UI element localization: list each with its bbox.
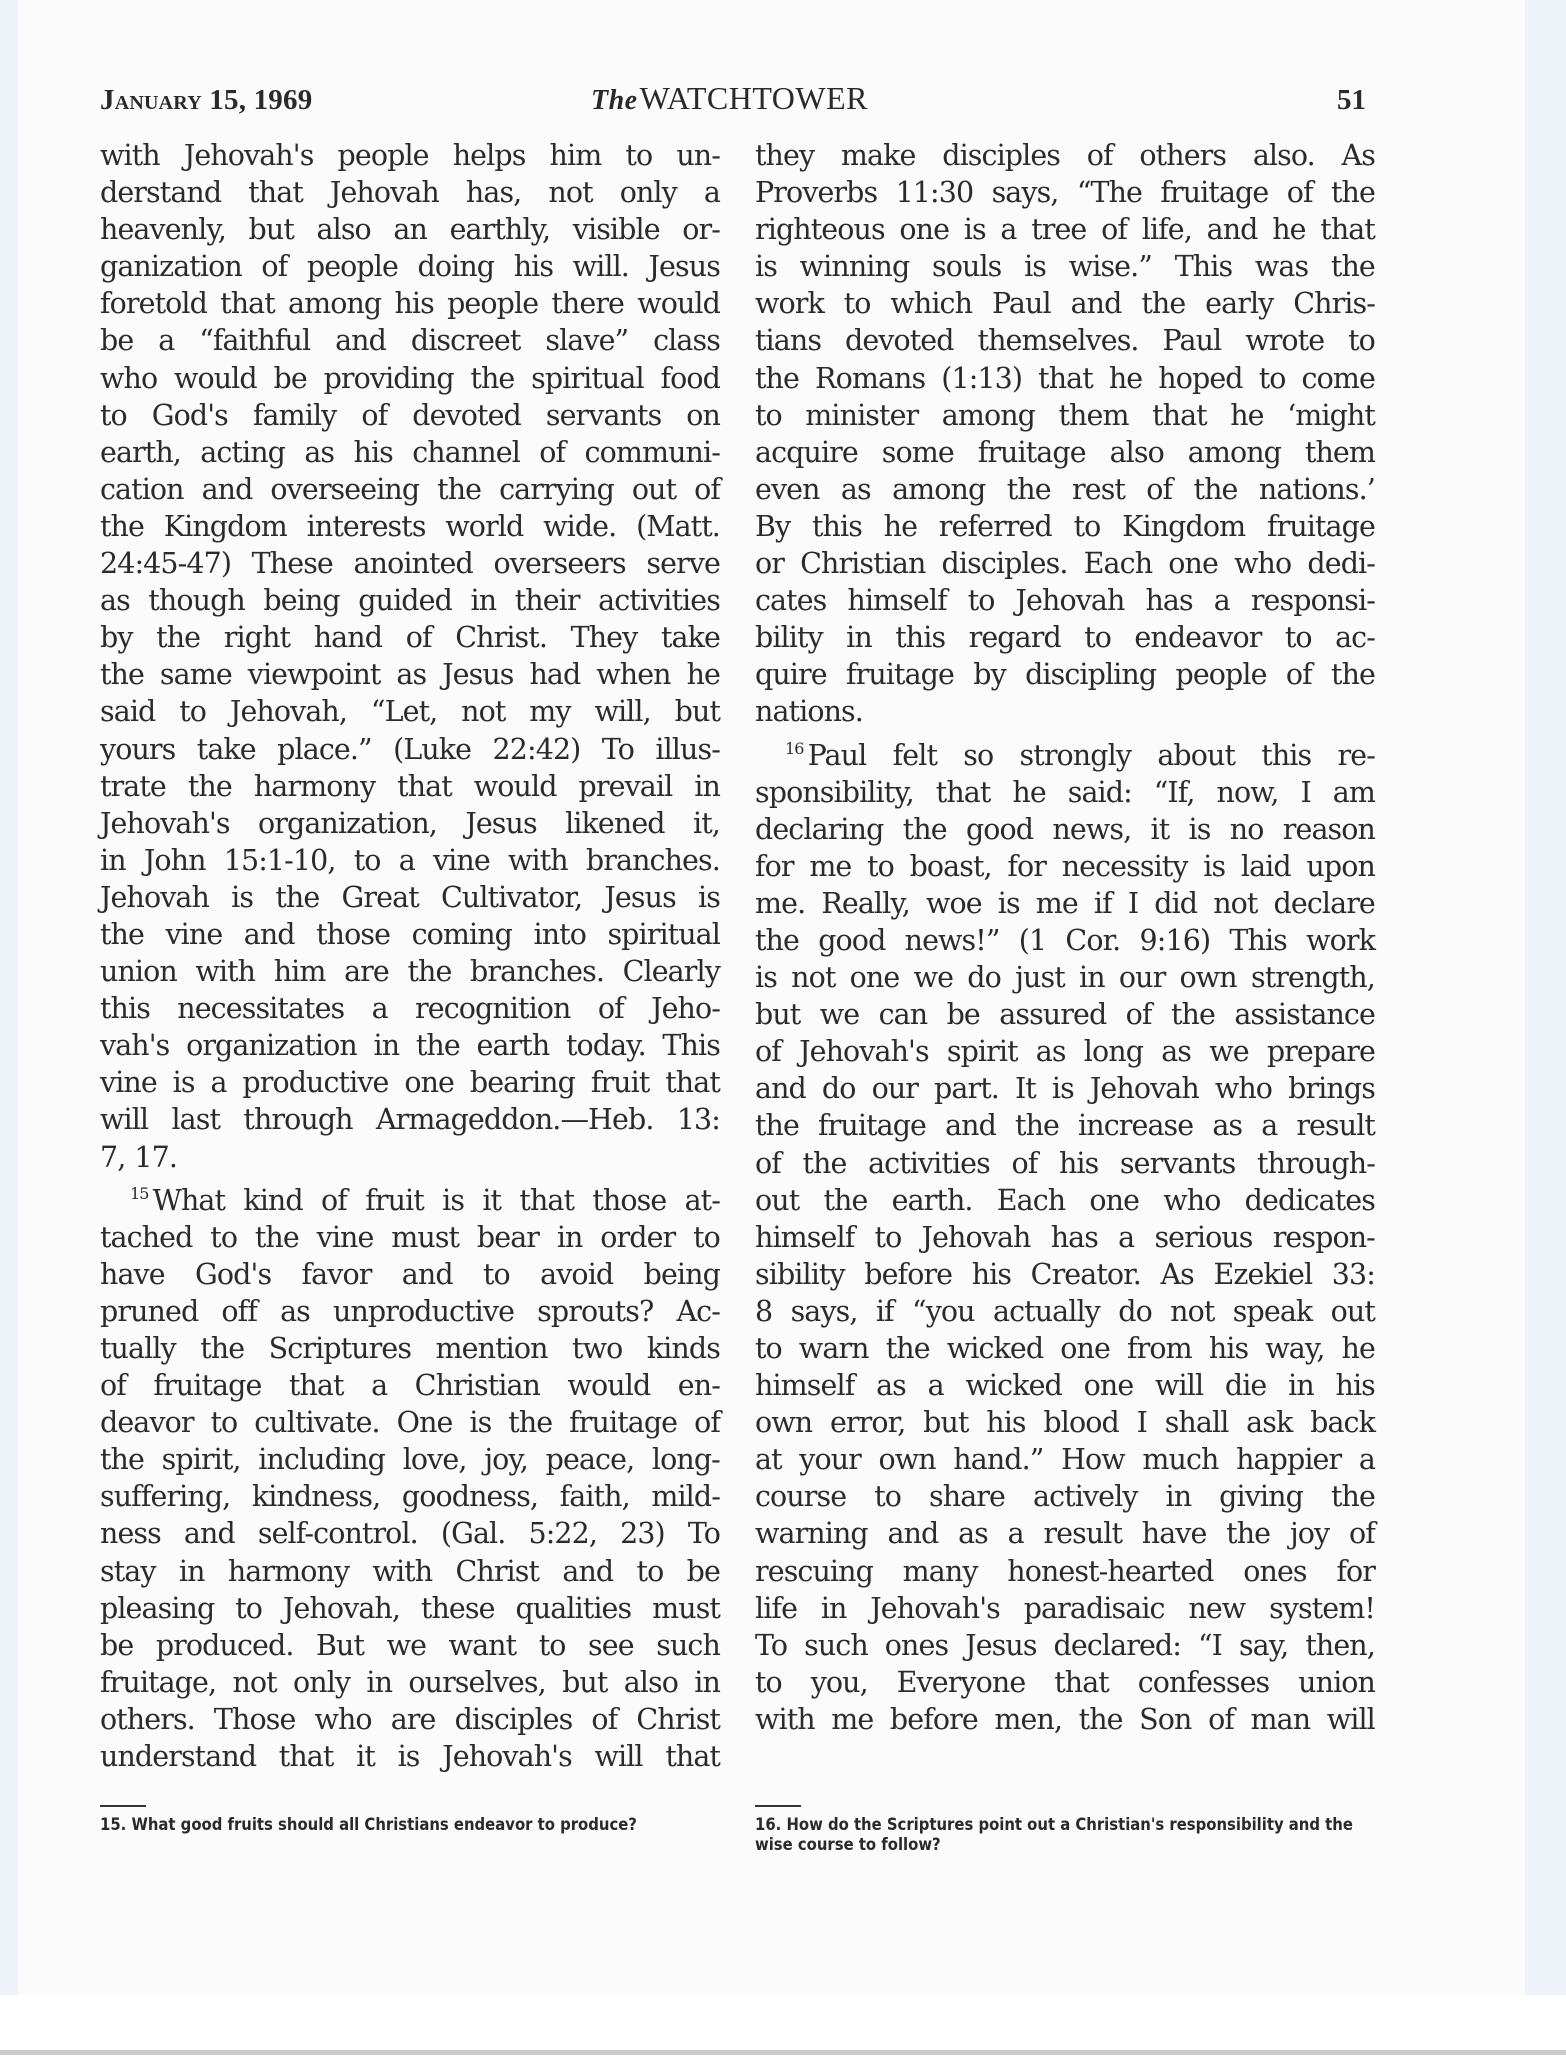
text-line: cateshimselftoJehovahhasaresponsi- [755,582,1375,619]
text-line: 24:45-47)Theseanointedoverseersserve [100,545,720,582]
text-line: yourstakeplace.”(Luke22:42)Toillus- [100,731,720,768]
text-line: atyourownhand.”Howmuchhappiera [755,1441,1375,1478]
text-line: unionwithhimarethebranches.Clearly [100,953,720,990]
text-line: theymakedisciplesofothersalso.As [755,137,1375,174]
text-line: beproduced.Butwewanttoseesuch [100,1627,720,1664]
text-line: withmebeforemen,theSonofmanwill [755,1701,1375,1738]
scan-bottom-edge [0,2050,1566,2055]
footnote-question-15: 15. What good fruits should all Christia… [100,1815,730,1835]
text-line: outtheearth.Eachonewhodedicates [755,1182,1375,1219]
magazine-title-name: WATCHTOWER [640,80,868,116]
text-line: toGod'sfamilyofdevotedservantson [100,397,720,434]
text-line: toyou,Everyonethatconfessesunion [755,1664,1375,1701]
text-line: isnotonewedojustinourownstrength, [755,959,1375,996]
text-line: orChristiandisciples.Eachonewhodedi- [755,545,1375,582]
text-line: saidtoJehovah,“Let,notmywill,but [100,693,720,730]
text-line: thegoodnews!”(1Cor.9:16)Thiswork [755,922,1375,959]
text-line: formetoboast,fornecessityislaidupon [755,848,1375,885]
text-line: tachedtothevinemustbearinorderto [100,1219,720,1256]
text-line: Proverbs11:30says,“Thefruitageofthe [755,174,1375,211]
text-line: tratetheharmonythatwouldprevailin [100,768,720,805]
text-line: Jehovah'sorganization,Jesuslikenedit, [100,805,720,842]
text-line: cationandoverseeingthecarryingoutof [100,471,720,508]
text-line: 16Paulfeltsostronglyaboutthisre- [755,737,1375,774]
text-line: vah'sorganizationintheearthtoday.This [100,1027,720,1064]
text-line: tuallytheScripturesmentiontwokinds [100,1330,720,1367]
page-header: January 15, 1969 TheWATCHTOWER 51 [18,80,1525,120]
text-line: withJehovah'speoplehelpshimtoun- [100,137,720,174]
text-line: 15Whatkindoffruitisitthatthoseat- [100,1182,720,1219]
paragraph-number: 15 [130,1184,149,1203]
text-line: righteousoneisatreeoflife,andhethat [755,211,1375,248]
text-line: ganizationofpeopledoinghiswill.Jesus [100,248,720,285]
text-line: fruitage,notonlyinourselves,butalsoin [100,1664,720,1701]
text-line: BythishereferredtoKingdomfruitage [755,508,1375,545]
right-column-continued-paragraph: theymakedisciplesofothersalso.AsProverbs… [755,137,1375,731]
text-line: iswinningsoulsiswise.”Thiswasthe [755,248,1375,285]
text-line: haveGod'sfavorandtoavoidbeing [100,1256,720,1293]
text-line: towarnthewickedonefromhisway,he [755,1330,1375,1367]
text-line: 8says,if“youactuallydonotspeakout [755,1293,1375,1330]
text-line: acquiresomefruitagealsoamongthem [755,434,1375,471]
text-line: me.Really,woeismeifIdidnotdeclare [755,885,1375,922]
footnote-question-16: 16. How do the Scriptures point out a Ch… [755,1815,1385,1855]
text-line: declaringthegoodnews,itisnoreason [755,811,1375,848]
page-number: 51 [1337,84,1366,117]
text-line: theRomans(1:13)thathehopedtocome [755,360,1375,397]
text-line: bilityinthisregardtoendeavortoac- [755,619,1375,656]
text-line: nations. [755,693,1375,730]
magazine-title-prefix: The [591,85,638,116]
text-line: JehovahistheGreatCultivator,Jesusis [100,879,720,916]
text-line: vineisaproductiveonebearingfruitthat [100,1064,720,1101]
text-line: willlastthroughArmageddon.—Heb.13: [100,1101,720,1138]
text-line: heavenly,butalsoanearthly,visibleor- [100,211,720,248]
text-line: bea“faithfulanddiscreetslave”class [100,322,720,359]
left-column: withJehovah'speoplehelpshimtoun-derstand… [100,137,720,1775]
scan-left-margin [0,0,18,1995]
text-line: thevineandthosecomingintospiritual [100,916,720,953]
text-line: tiansdevotedthemselves.Paulwroteto [755,322,1375,359]
text-line: ofJehovah'sspiritaslongasweprepare [755,1033,1375,1070]
text-line: sponsibility,thathesaid:“If,now,Iam [755,774,1375,811]
paragraph-number: 16 [785,739,804,758]
text-line: quirefruitagebydisciplingpeopleofthe [755,656,1375,693]
text-line: understandthatitisJehovah'swillthat [100,1738,720,1775]
right-column: theymakedisciplesofothersalso.AsProverbs… [755,137,1375,1738]
text-line: thefruitageandtheincreaseasaresult [755,1107,1375,1144]
text-line: butwecanbeassuredoftheassistance [755,996,1375,1033]
text-line: bytherighthandofChrist.Theytake [100,619,720,656]
text-line: others.ThosewhoaredisciplesofChrist [100,1701,720,1738]
text-line: anddoourpart.ItisJehovahwhobrings [755,1070,1375,1107]
text-line: inJohn15:1-10,toavinewithbranches. [100,842,720,879]
left-column-continued-paragraph: withJehovah'speoplehelpshimtoun-derstand… [100,137,720,1176]
text-line: sibilitybeforehisCreator.AsEzekiel33: [755,1256,1375,1293]
text-line: rescuingmanyhonest-heartedonesfor [755,1553,1375,1590]
text-line: himselftoJehovahhasaseriousrespon- [755,1219,1375,1256]
text-line: theKingdominterestsworldwide.(Matt. [100,508,720,545]
text-line: 7,17. [100,1139,720,1176]
text-line: thesameviewpointasJesushadwhenhe [100,656,720,693]
text-line: warningandasaresulthavethejoyof [755,1515,1375,1552]
paragraph-15: 15Whatkindoffruitisitthatthoseat-tachedt… [100,1182,720,1776]
footnote-rule-right [755,1805,801,1807]
magazine-page: January 15, 1969 TheWATCHTOWER 51 withJe… [18,0,1525,1995]
text-line: ownerror,buthisbloodIshallaskback [755,1404,1375,1441]
text-line: earth,actingashischannelofcommuni- [100,434,720,471]
text-line: TosuchonesJesusdeclared:“Isay,then, [755,1627,1375,1664]
text-line: coursetoshareactivelyingivingthe [755,1478,1375,1515]
text-line: thespirit,includinglove,joy,peace,long- [100,1441,720,1478]
magazine-title: TheWATCHTOWER [591,80,868,117]
text-line: lifeinJehovah'sparadisaicnewsystem! [755,1590,1375,1627]
text-line: thisnecessitatesarecognitionofJeho- [100,990,720,1027]
text-line: suffering,kindness,goodness,faith,mild- [100,1478,720,1515]
issue-date: January 15, 1969 [100,84,312,117]
text-line: asthoughbeingguidedintheiractivities [100,582,720,619]
footnote-rule-left [100,1805,146,1807]
text-line: himselfasawickedonewilldieinhis [755,1367,1375,1404]
text-line: toministeramongthemthathe‘might [755,397,1375,434]
scan-right-margin [1525,0,1566,1995]
text-line: prunedoffasunproductivesprouts?Ac- [100,1293,720,1330]
text-line: pleasingtoJehovah,thesequalitiesmust [100,1590,720,1627]
text-line: nessandself-control.(Gal.5:22,23)To [100,1515,720,1552]
text-line: evenasamongtherestofthenations.’ [755,471,1375,508]
text-line: foretoldthatamonghispeopletherewould [100,285,720,322]
text-line: offruitagethataChristianwoulden- [100,1367,720,1404]
paragraph-16: 16Paulfeltsostronglyaboutthisre-sponsibi… [755,737,1375,1739]
text-line: deavortocultivate.Oneisthefruitageof [100,1404,720,1441]
text-line: oftheactivitiesofhisservantsthrough- [755,1145,1375,1182]
text-line: stayinharmonywithChristandtobe [100,1553,720,1590]
text-line: derstandthatJehovahhas,notonlya [100,174,720,211]
text-line: worktowhichPaulandtheearlyChris- [755,285,1375,322]
text-line: whowouldbeprovidingthespiritualfood [100,360,720,397]
